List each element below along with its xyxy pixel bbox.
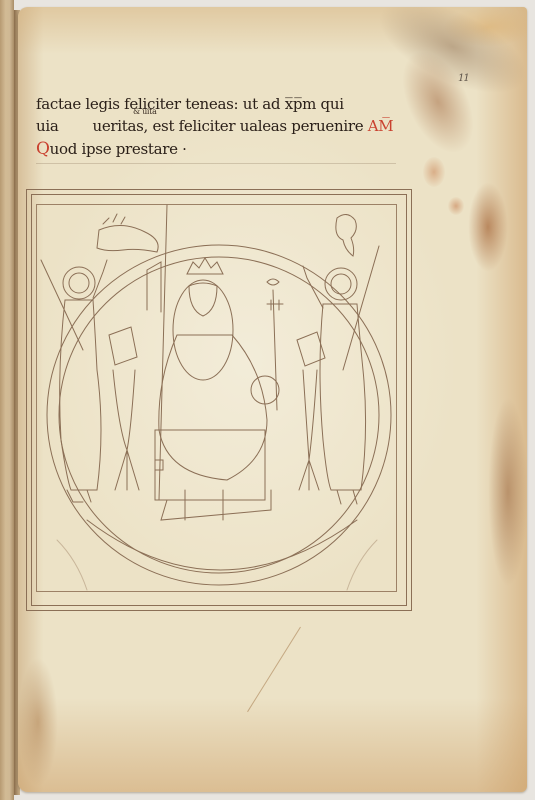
mandorla-circles [47,245,391,585]
sceptre-icon [267,279,283,410]
water-stain [448,197,464,215]
text-line-2: & uita uia ueritas, est feliciter ualeas… [36,117,393,135]
rubric-amen: AM̅ [368,117,394,135]
right-saint-figure [303,246,379,504]
text-line-3: Quod ipse prestare · [36,139,187,159]
ruling-line [36,163,396,164]
text-line-1-content: factae legis feliciter teneas: ut ad x̅p… [36,95,344,113]
text-line-3-content: uod ipse prestare · [50,140,187,158]
manuscript-page: 11 factae legis feliciter teneas: ut ad … [18,7,527,792]
rubricated-initial: Q [36,139,50,159]
dove-icon [336,214,356,256]
text-line-1: factae legis feliciter teneas: ut ad x̅p… [36,95,344,113]
binding-gutter [0,0,14,800]
enthroned-king-figure [147,258,271,520]
water-stain [423,157,445,187]
lectern-left-icon [109,327,139,490]
corner-foliage [57,540,377,590]
orb-icon [251,376,279,404]
water-stain [468,182,508,272]
illustration-frame [26,189,412,611]
text-line-2-content: ueritas, est feliciter ualeas peruenire [92,117,363,135]
folio-number: 11 [458,73,469,84]
interlinear-gloss: & uita [133,107,157,116]
hand-of-god-icon [97,214,158,252]
water-stain [488,397,527,587]
water-stain [18,657,58,787]
banner-staff-icon [155,205,167,500]
illustration-drawing [27,190,411,610]
text-line-2-word: uia [36,117,88,135]
